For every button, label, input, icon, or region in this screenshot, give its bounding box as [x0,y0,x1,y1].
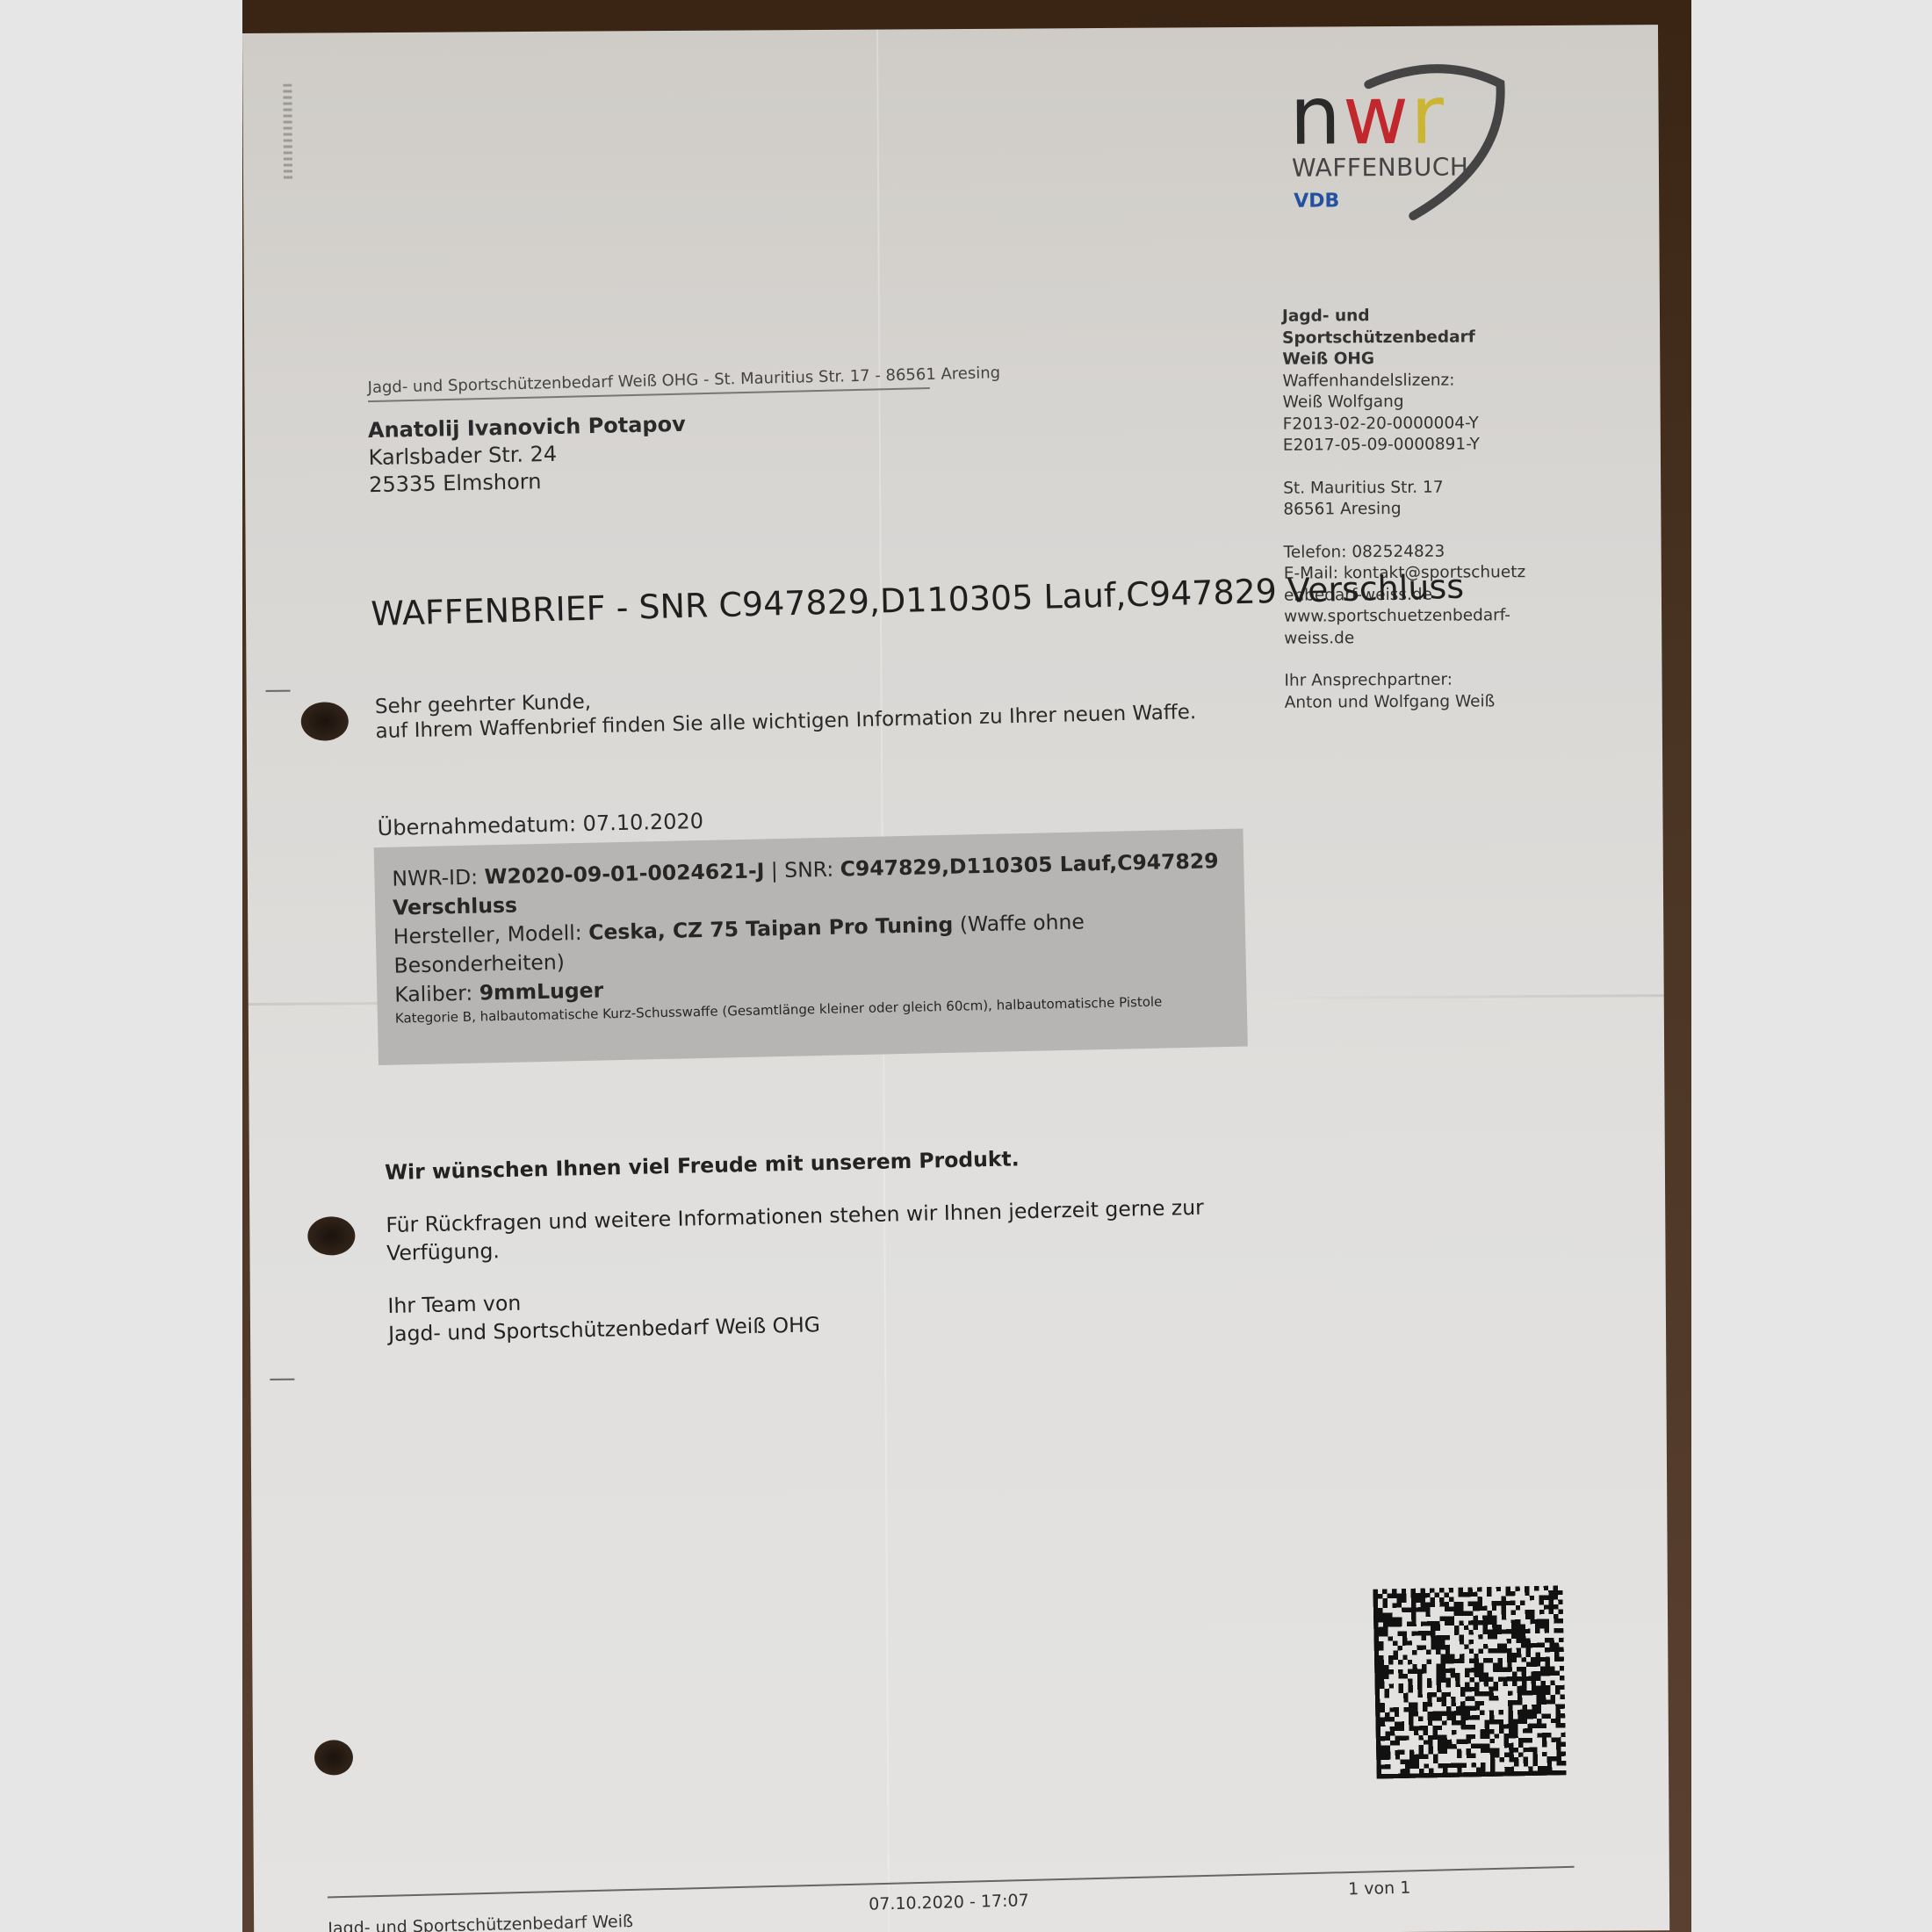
fold-mark [266,690,291,692]
recipient-city: 25335 Elmshorn [369,465,687,499]
logo-subtitle: WAFFENBUCH [1292,152,1469,182]
nwr-id-label: NWR-ID: [392,864,485,890]
handover-date: Übernahmedatum: 07.10.2020 [377,809,703,840]
closing-wish: Wir wünschen Ihnen viel Freude mit unser… [385,1140,1228,1186]
company-street: St. Mauritius Str. 17 [1283,476,1546,499]
license-number: E2017-05-09-0000891-Y [1283,434,1546,457]
contact-names: Anton und Wolfgang Weiß [1285,690,1548,713]
sender-return-address: Jagd- und Sportschützenbedarf Weiß OHG -… [367,365,929,402]
caliber-value: 9mmLuger [479,977,603,1005]
nwr-waffenbuch-logo: nwr WAFFENBUCH VDB [1263,57,1527,226]
recipient-address: Anatolij Ivanovich Potapov Karlsbader St… [368,411,688,499]
license-number: F2013-02-20-0000004-Y [1283,412,1546,435]
company-city: 86561 Aresing [1283,498,1546,521]
company-website-cont: weiss.de [1284,626,1547,649]
datamatrix-code-icon [1373,1585,1566,1778]
greeting: Sehr geehrter Kunde, auf Ihrem Waffenbri… [375,675,1197,744]
company-phone: Telefon: 082524823 [1284,540,1547,563]
fold-mark [270,1379,294,1381]
nwr-id-value: W2020-09-01-0024621-J [484,858,764,889]
company-name-line: Jagd- und [1282,305,1546,328]
company-info-sidebar: Jagd- und Sportschützenbedarf Weiß OHG W… [1282,305,1548,714]
license-label: Waffenhandelslizenz: [1282,369,1546,392]
logo-letter-r: r [1410,68,1445,162]
logo-wordmark: nwr [1289,76,1445,157]
punch-hole [307,1216,355,1255]
letter-page: nwr WAFFENBUCH VDB Jagd- und Sportschütz… [242,25,1669,1932]
caliber-label: Kaliber: [394,981,479,1007]
closing-section: Wir wünschen Ihnen viel Freude mit unser… [385,1140,1231,1348]
staple-marks [283,84,292,181]
document-photo: nwr WAFFENBUCH VDB Jagd- und Sportschütz… [242,0,1691,1932]
license-holder: Weiß Wolfgang [1283,391,1546,414]
punch-hole [314,1740,353,1775]
snr-label: SNR: [784,857,840,883]
contact-label: Ihr Ansprechpartner: [1284,669,1547,692]
footer-timestamp: 07.10.2020 - 17:07 [869,1891,1029,1914]
maker-label: Hersteller, Modell: [393,920,589,949]
footer-page-number: 1 von 1 [1348,1878,1411,1900]
separator: | [764,858,784,883]
vdb-logo: VDB [1294,190,1339,212]
punch-hole [301,702,349,740]
logo-letter-n: n [1289,68,1343,162]
company-name-line: Sportschützenbedarf [1282,326,1546,349]
weapon-info-box: NWR-ID: W2020-09-01-0024621-J | SNR: C94… [374,829,1248,1066]
footer-company: Jagd- und Sportschützenbedarf Weiß [328,1912,633,1932]
maker-model-value: Ceska, CZ 75 Taipan Pro Tuning [588,912,954,945]
company-name-line: Weiß OHG [1282,348,1546,371]
logo-letter-w: w [1343,68,1411,162]
closing-questions: Für Rückfragen und weitere Informationen… [386,1193,1229,1267]
